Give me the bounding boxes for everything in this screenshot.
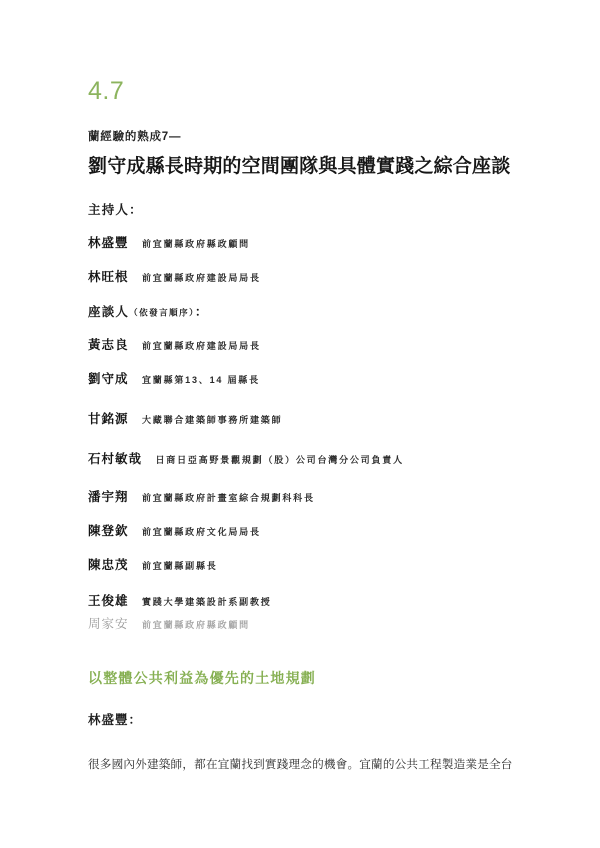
person-name: 陳忠茂	[88, 558, 129, 572]
panelist-row: 王俊雄 實踐大學建築設計系副教授	[88, 591, 272, 610]
person-name: 陳登欽	[88, 524, 129, 538]
person-title: 前宜蘭縣政府計畫室綜合規劃科科長	[142, 493, 315, 503]
panelist-row: 黃志良 前宜蘭縣政府建設局局長	[88, 335, 261, 354]
panelist-row: 石村敏哉 日商日亞高野景觀規劃（股）公司台灣分公司負責人	[88, 449, 404, 468]
panelist-label-note: （依發言順序）	[129, 308, 195, 318]
section-heading: 以整體公共利益為優先的土地規劃	[88, 668, 316, 688]
person-title: 日商日亞高野景觀規劃（股）公司台灣分公司負責人	[155, 455, 403, 465]
panelist-row: 周家安 前宜蘭縣政府縣政顧問	[88, 614, 250, 633]
speaker-name: 林盛豐：	[88, 710, 142, 728]
person-name: 石村敏哉	[88, 452, 142, 466]
panelist-row: 潘宇翔 前宜蘭縣政府計畫室綜合規劃科科長	[88, 487, 315, 506]
panelist-label-text: 座談人	[88, 305, 129, 319]
panelist-row: 劉守成 宜蘭縣第13、14 屆縣長	[88, 369, 260, 388]
moderator-row: 林盛豐 前宜蘭縣政府縣政顧問	[88, 233, 250, 252]
person-name: 潘宇翔	[88, 490, 129, 504]
moderator-label: 主持人：	[88, 200, 143, 218]
person-name: 周家安	[88, 617, 129, 631]
panelist-row: 陳登欽 前宜蘭縣政府文化局局長	[88, 521, 261, 540]
document-page: 4.7 蘭經驗的熟成7— 劉守成縣長時期的空間團隊與具體實踐之綜合座談 主持人：…	[0, 0, 600, 848]
person-title: 前宜蘭縣政府縣政顧問	[142, 239, 250, 249]
person-title: 實踐大學建築設計系副教授	[142, 597, 272, 607]
person-name: 劉守成	[88, 372, 129, 386]
person-title: 前宜蘭縣副縣長	[142, 561, 218, 571]
moderator-row: 林旺根 前宜蘭縣政府建設局局長	[88, 267, 261, 286]
person-name: 甘銘源	[88, 412, 129, 426]
series-label: 蘭經驗的熟成7—	[88, 128, 181, 144]
person-title: 前宜蘭縣政府建設局局長	[142, 341, 261, 351]
panelist-row: 陳忠茂 前宜蘭縣副縣長	[88, 555, 218, 574]
section-number: 4.7	[88, 79, 124, 104]
person-name: 林旺根	[88, 270, 129, 284]
panelist-row: 甘銘源 大藏聯合建築師事務所建築師	[88, 409, 282, 428]
person-title: 前宜蘭縣政府縣政顧問	[142, 620, 250, 630]
person-title: 前宜蘭縣政府文化局局長	[142, 527, 261, 537]
body-paragraph: 很多國內外建築師，都在宜蘭找到實踐理念的機會。宜蘭的公共工程製造業是全台	[88, 756, 513, 772]
person-title: 前宜蘭縣政府建設局局長	[142, 273, 261, 283]
person-title: 大藏聯合建築師事務所建築師	[142, 415, 282, 425]
person-name: 黃志良	[88, 338, 129, 352]
person-name: 林盛豐	[88, 236, 129, 250]
person-title: 宜蘭縣第13、14 屆縣長	[142, 375, 260, 385]
page-title: 劉守成縣長時期的空間團隊與具體實踐之綜合座談	[88, 151, 510, 178]
panelist-label-colon: ：	[195, 305, 209, 319]
person-name: 王俊雄	[88, 594, 129, 608]
panelist-label: 座談人（依發言順序）：	[88, 302, 209, 320]
